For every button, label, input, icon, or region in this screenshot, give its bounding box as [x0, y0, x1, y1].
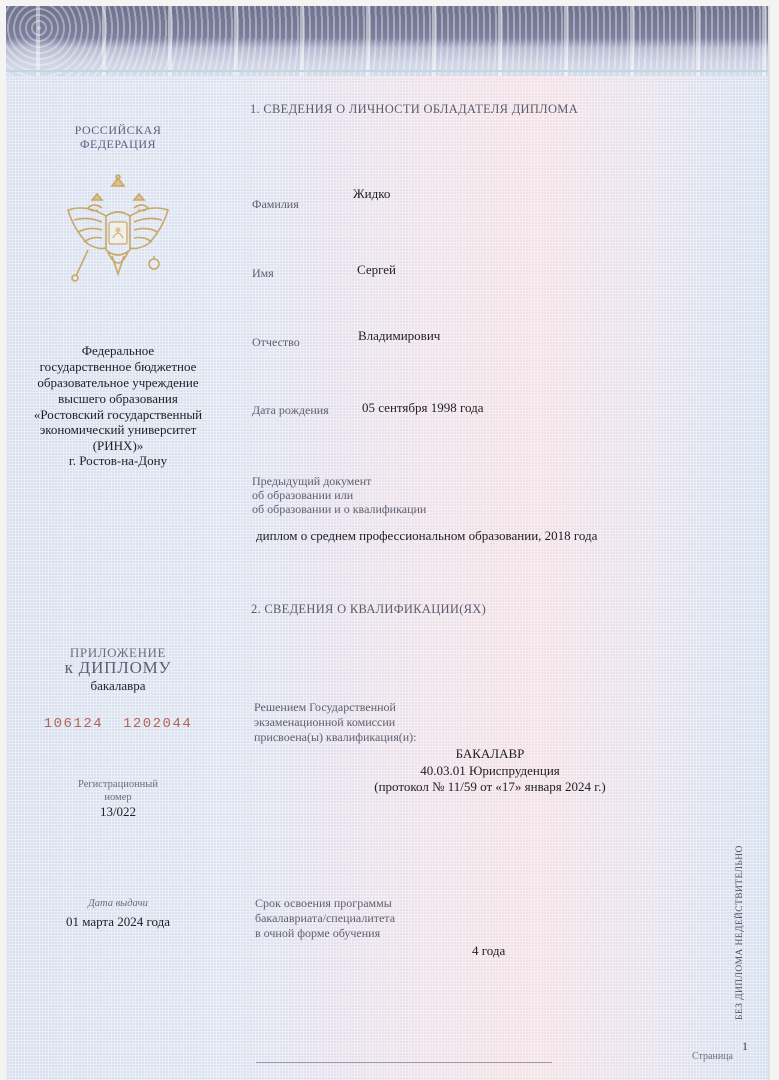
decision-label-line2: экзаменационной комиссии	[254, 715, 395, 730]
country-line2: ФЕДЕРАЦИЯ	[0, 137, 236, 151]
qualification-value: БАКАЛАВР	[290, 746, 690, 762]
duration-label-line2: бакалавриата/специалитета	[255, 911, 395, 926]
reg-number-label-line2: номер	[0, 792, 236, 803]
section1-heading: 1. СВЕДЕНИЯ О ЛИЧНОСТИ ОБЛАДАТЕЛЯ ДИПЛОМ…	[250, 102, 578, 117]
duration-label-line3: в очной форме обучения	[255, 926, 380, 941]
patronymic-value: Владимирович	[358, 328, 440, 344]
protocol-value: (протокол № 11/59 от «17» января 2024 г.…	[290, 779, 690, 795]
name-value: Сергей	[357, 262, 396, 278]
decision-label-line3: присвоена(ы) квалификация(и):	[254, 730, 417, 745]
prev-doc-label-line3: об образовании и о квалификации	[252, 502, 426, 517]
country-line1: РОССИЙСКАЯ	[0, 123, 236, 137]
institution-line-3: образовательное учреждение	[0, 375, 236, 391]
security-pattern-band	[6, 6, 768, 76]
degree-level: бакалавра	[0, 678, 236, 694]
signature-line	[256, 1062, 552, 1063]
duration-value: 4 года	[472, 943, 505, 959]
reg-number: 13/022	[0, 804, 236, 820]
serial-number: 106124 1202044	[0, 716, 236, 732]
institution-line-6: экономический университет	[0, 422, 236, 438]
prev-doc-value: диплом о среднем профессиональном образо…	[256, 528, 597, 544]
institution-line-5: «Ростовский государственный	[0, 407, 236, 423]
section2-heading: 2. СВЕДЕНИЯ О КВАЛИФИКАЦИИ(ЯХ)	[251, 602, 486, 617]
institution-line-2: государственное бюджетное	[0, 359, 236, 375]
appendix-subtitle: к ДИПЛОМУ	[0, 658, 236, 678]
decision-label-line1: Решением Государственной	[254, 700, 396, 715]
institution-line-4: высшего образования	[0, 391, 236, 407]
specialty-value: 40.03.01 Юриспруденция	[290, 763, 690, 779]
duration-label-line1: Срок освоения программы	[255, 896, 392, 911]
validity-note: БЕЗ ДИПЛОМА НЕДЕЙСТВИТЕЛЬНО	[735, 845, 745, 1020]
prev-doc-label-line2: об образовании или	[252, 488, 353, 503]
surname-label: Фамилия	[252, 197, 299, 212]
page-number: 1	[742, 1039, 748, 1054]
institution-city: г. Ростов-на-Дону	[0, 453, 236, 469]
page-label: Страница	[692, 1051, 733, 1062]
institution-line-1: Федеральное	[0, 343, 236, 359]
birthdate-value: 05 сентября 1998 года	[362, 400, 484, 416]
surname-value: Жидко	[353, 186, 390, 202]
name-label: Имя	[252, 266, 274, 281]
russian-coat-of-arms-icon	[62, 172, 174, 290]
reg-number-label-line1: Регистрационный	[0, 779, 236, 790]
issue-date-label: Дата выдачи	[0, 898, 236, 909]
birthdate-label: Дата рождения	[252, 403, 329, 418]
issue-date: 01 марта 2024 года	[0, 914, 236, 930]
band-divider	[6, 70, 768, 72]
prev-doc-label-line1: Предыдущий документ	[252, 474, 371, 489]
patronymic-label: Отчество	[252, 335, 300, 350]
institution-line-7: (РИНХ)»	[0, 438, 236, 454]
